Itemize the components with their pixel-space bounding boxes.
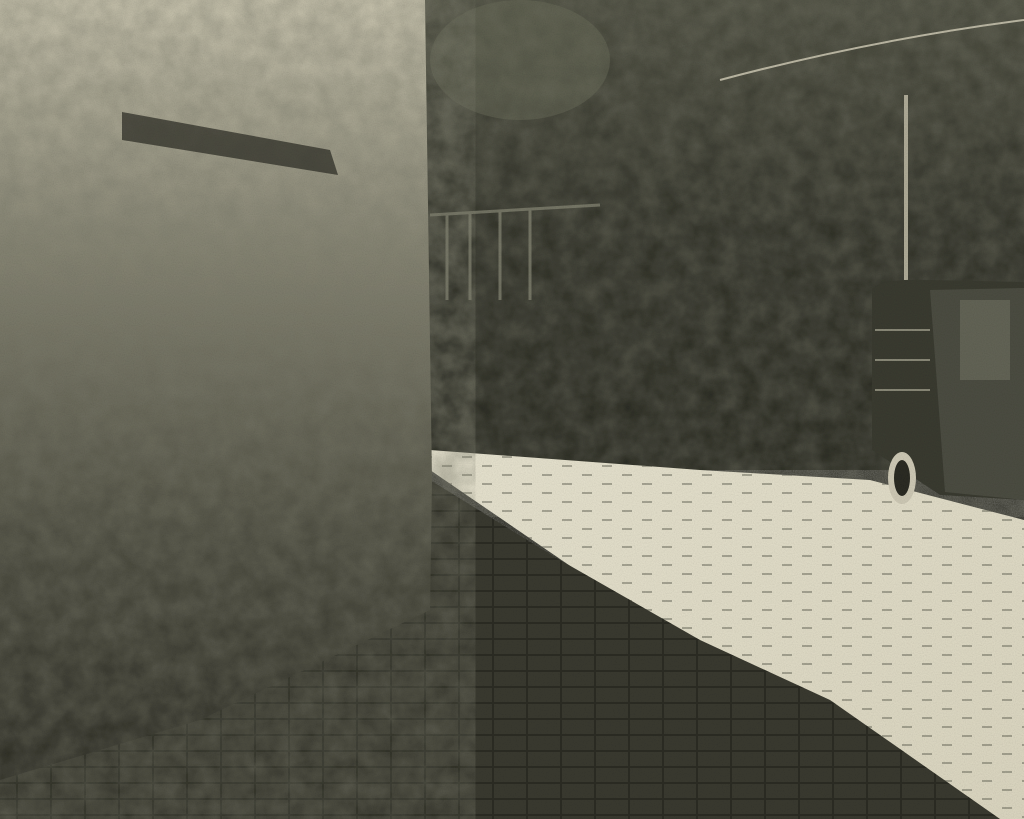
photo-scene bbox=[0, 0, 1024, 819]
van bbox=[872, 280, 1024, 504]
photo-illustration bbox=[0, 0, 1024, 819]
